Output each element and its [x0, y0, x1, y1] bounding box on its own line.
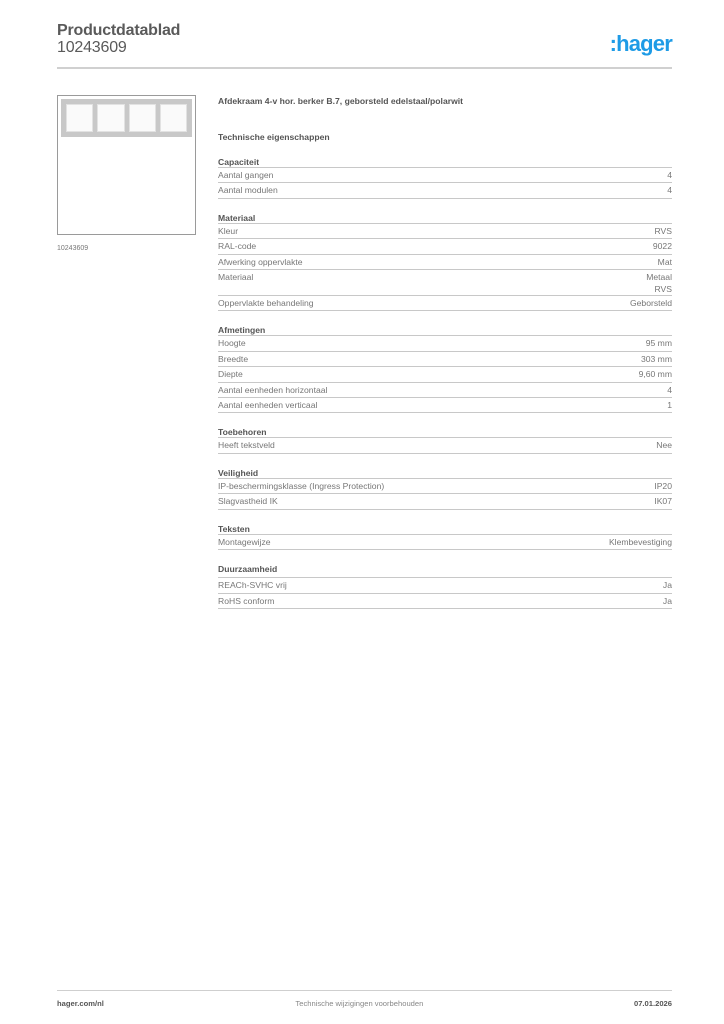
spec-value: 303 mm [641, 353, 672, 366]
spec-value: MetaalRVS [646, 271, 672, 295]
spec-group: MateriaalKleurRVSRAL-code9022Afwerking o… [218, 213, 672, 312]
spec-value-line: Ja [663, 595, 672, 607]
frame-illustration [61, 99, 192, 137]
spec-value-line: Mat [658, 256, 672, 268]
spec-row: Hoogte95 mm [218, 336, 672, 351]
spec-label: Aantal eenheden verticaal [218, 399, 317, 412]
spec-value: 9,60 mm [639, 368, 672, 381]
spec-row: Slagvastheid IKIK07 [218, 494, 672, 509]
spec-label: REACh-SVHC vrij [218, 579, 287, 592]
spec-group-title: Duurzaamheid [218, 564, 672, 578]
spec-row: Aantal eenheden horizontaal4 [218, 383, 672, 398]
spec-row: Diepte9,60 mm [218, 367, 672, 382]
spec-group-title: Veiligheid [218, 468, 672, 479]
spec-row: IP-beschermingsklasse (Ingress Protectio… [218, 479, 672, 494]
spec-label: Aantal modulen [218, 184, 278, 197]
spec-group: DuurzaamheidREACh-SVHC vrijJaRoHS confor… [218, 564, 672, 609]
spec-group: ToebehorenHeeft tekstveldNee [218, 427, 672, 453]
spec-value: Ja [663, 579, 672, 592]
spec-value: 95 mm [646, 337, 672, 350]
spec-value: RVS [654, 225, 672, 238]
website-link[interactable]: hager.com/nl [57, 999, 104, 1008]
spec-label: Heeft tekstveld [218, 439, 275, 452]
spec-value: 4 [667, 184, 672, 197]
spec-value: 4 [667, 384, 672, 397]
hager-logo: :hager [610, 31, 672, 57]
spec-label: Hoogte [218, 337, 246, 350]
spec-group-title: Afmetingen [218, 325, 672, 336]
spec-group: AfmetingenHoogte95 mmBreedte303 mmDiepte… [218, 325, 672, 413]
spec-row: Aantal gangen4 [218, 168, 672, 183]
spec-value: Nee [656, 439, 672, 452]
product-image-caption: 10243609 [57, 245, 88, 252]
spec-row: REACh-SVHC vrijJa [218, 578, 672, 593]
spec-row: KleurRVS [218, 224, 672, 239]
frame-opening [97, 104, 124, 132]
product-image [57, 95, 196, 235]
spec-value: Geborsteld [630, 297, 672, 310]
disclaimer: Technische wijzigingen voorbehouden [295, 999, 423, 1008]
spec-row: RoHS conformJa [218, 594, 672, 609]
spec-row: Aantal eenheden verticaal1 [218, 398, 672, 413]
frame-opening [66, 104, 93, 132]
spec-group: CapaciteitAantal gangen4Aantal modulen4 [218, 157, 672, 199]
spec-value-line: Nee [656, 439, 672, 451]
spec-value-line: 95 mm [646, 337, 672, 349]
document-header: Productdatablad 10243609 :hager [57, 22, 672, 56]
frame-opening [160, 104, 187, 132]
spec-label: IP-beschermingsklasse (Ingress Protectio… [218, 480, 384, 493]
spec-row: Breedte303 mm [218, 352, 672, 367]
spec-row: MateriaalMetaalRVS [218, 270, 672, 296]
spec-value-line: Geborsteld [630, 297, 672, 309]
spec-label: Breedte [218, 353, 248, 366]
spec-value-line: 4 [667, 184, 672, 196]
footer-divider [57, 990, 672, 991]
product-name: Afdekraam 4-v hor. berker B.7, geborstel… [218, 96, 672, 108]
spec-value: 9022 [653, 240, 672, 253]
spec-value-line: 4 [667, 169, 672, 181]
spec-row: Heeft tekstveldNee [218, 438, 672, 453]
document-title: Productdatablad [57, 22, 672, 39]
specifications: Afdekraam 4-v hor. berker B.7, geborstel… [218, 96, 672, 609]
spec-row: Oppervlakte behandelingGeborsteld [218, 296, 672, 311]
spec-value-line: Ja [663, 579, 672, 591]
spec-value: Mat [658, 256, 672, 269]
spec-group-title: Materiaal [218, 213, 672, 224]
spec-value-line: 9022 [653, 240, 672, 252]
section-heading: Technische eigenschappen [218, 132, 672, 144]
spec-label: Kleur [218, 225, 238, 238]
spec-value-line: Klembevestiging [609, 536, 672, 548]
spec-value-line: IK07 [654, 495, 672, 507]
spec-label: Montagewijze [218, 536, 271, 549]
spec-value-line: 9,60 mm [639, 368, 672, 380]
spec-value: IK07 [654, 495, 672, 508]
spec-row: Aantal modulen4 [218, 183, 672, 198]
spec-label: RoHS conform [218, 595, 274, 608]
spec-row: Afwerking oppervlakteMat [218, 255, 672, 270]
document-footer: hager.com/nl Technische wijzigingen voor… [57, 999, 672, 1008]
spec-label: Aantal gangen [218, 169, 273, 182]
spec-group-title: Toebehoren [218, 427, 672, 438]
spec-label: Materiaal [218, 271, 253, 295]
spec-value: 4 [667, 169, 672, 182]
article-number: 10243609 [57, 39, 672, 56]
spec-label: Diepte [218, 368, 243, 381]
spec-value-line: RVS [654, 225, 672, 237]
spec-value-line: 4 [667, 384, 672, 396]
spec-group: VeiligheidIP-beschermingsklasse (Ingress… [218, 468, 672, 510]
spec-value: Ja [663, 595, 672, 608]
header-divider [57, 67, 672, 69]
spec-group: TekstenMontagewijzeKlembevestiging [218, 524, 672, 550]
spec-value-line: 1 [667, 399, 672, 411]
spec-group-title: Teksten [218, 524, 672, 535]
spec-group-title: Capaciteit [218, 157, 672, 168]
spec-label: RAL-code [218, 240, 256, 253]
spec-label: Oppervlakte behandeling [218, 297, 314, 310]
spec-value-line: 303 mm [641, 353, 672, 365]
spec-label: Aantal eenheden horizontaal [218, 384, 327, 397]
spec-value: 1 [667, 399, 672, 412]
document-date: 07.01.2026 [634, 999, 672, 1008]
spec-label: Slagvastheid IK [218, 495, 278, 508]
spec-value: IP20 [654, 480, 672, 493]
frame-opening [129, 104, 156, 132]
spec-row: MontagewijzeKlembevestiging [218, 535, 672, 550]
spec-value-line: RVS [646, 283, 672, 295]
spec-value-line: Metaal [646, 271, 672, 283]
spec-groups: CapaciteitAantal gangen4Aantal modulen4M… [218, 157, 672, 609]
spec-row: RAL-code9022 [218, 239, 672, 254]
spec-value-line: IP20 [654, 480, 672, 492]
spec-value: Klembevestiging [609, 536, 672, 549]
spec-label: Afwerking oppervlakte [218, 256, 303, 269]
